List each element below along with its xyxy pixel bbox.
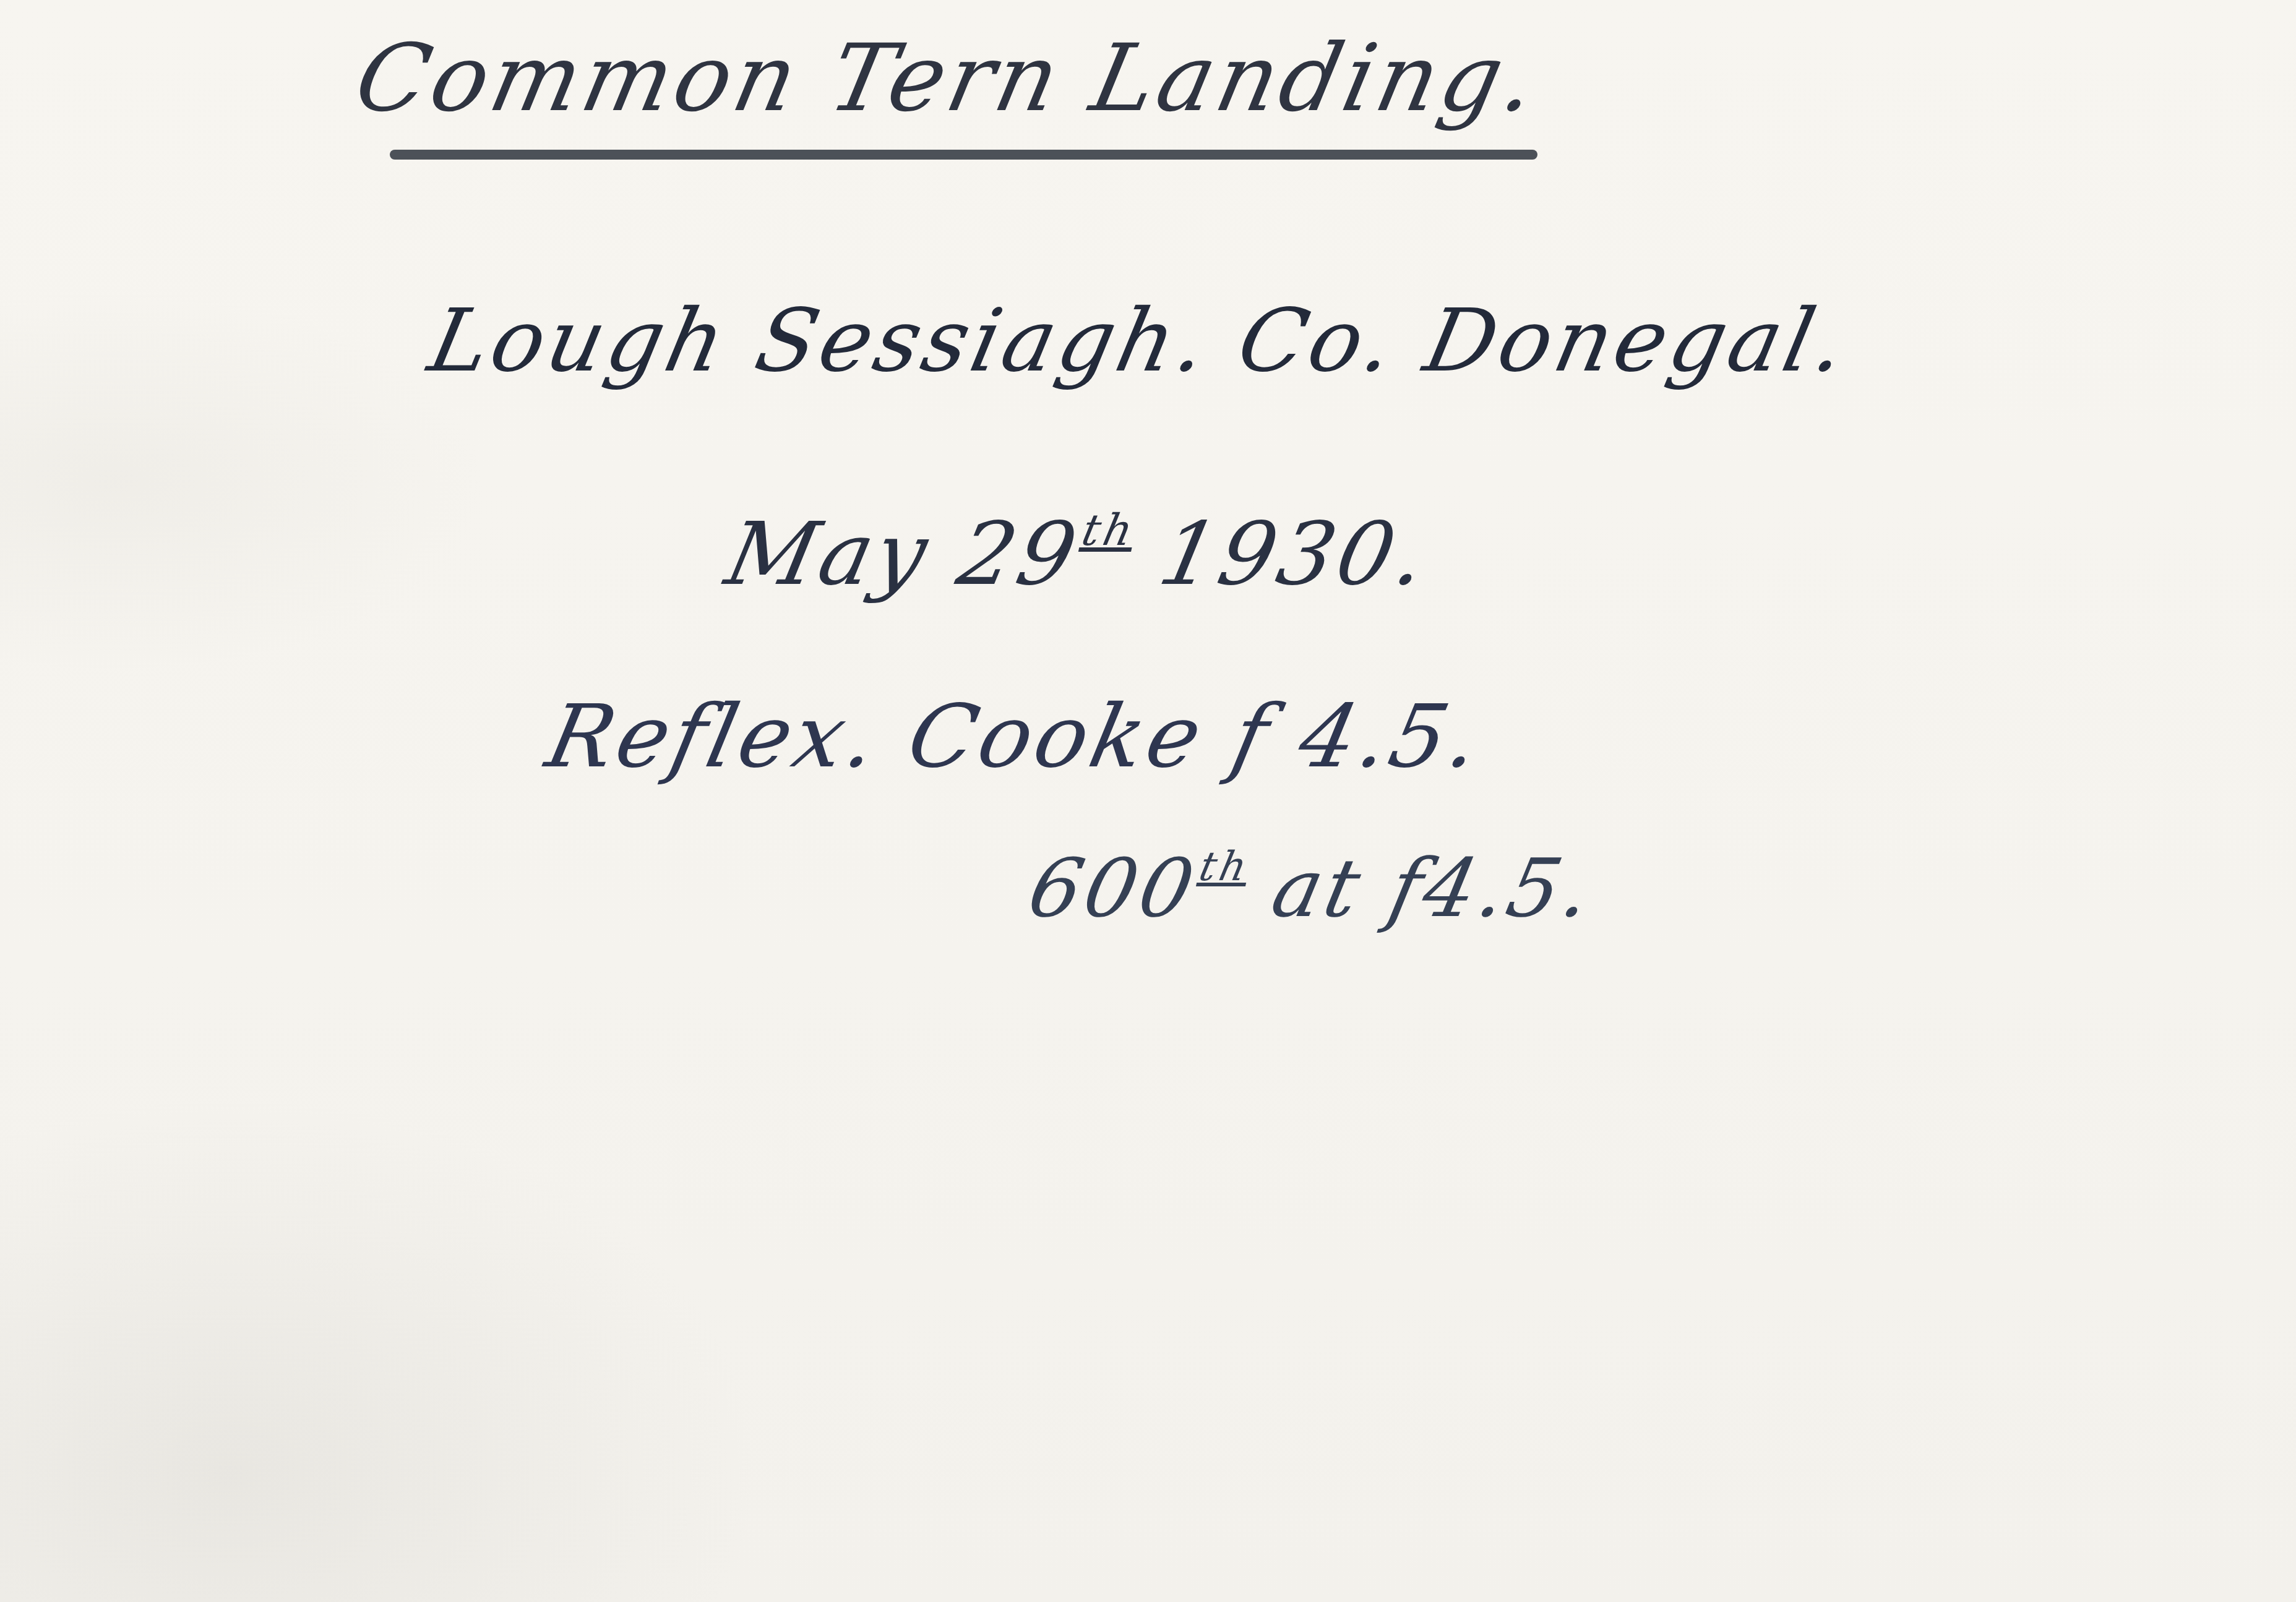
- date-month-day: May 29: [718, 504, 1088, 605]
- title-underline: [390, 150, 1537, 160]
- date-ordinal: th: [1078, 505, 1142, 555]
- date-line: May 29th 1930.: [718, 504, 1439, 605]
- location-line: Lough Sessiagh. Co. Donegal.: [421, 291, 1859, 392]
- aperture-text: at f4.5.: [1264, 841, 1603, 935]
- shutter-speed-suffix: th: [1195, 844, 1255, 890]
- card-title: Common Tern Landing.: [346, 25, 1549, 132]
- title-text: Common Tern Landing.: [346, 25, 1549, 132]
- date-year: 1930.: [1151, 504, 1438, 605]
- handwritten-photo-card: Common Tern Landing. Lough Sessiagh. Co.…: [0, 0, 2296, 1602]
- exposure-line: 600th at f4.5.: [1021, 841, 1603, 935]
- shutter-speed: 600: [1021, 841, 1205, 935]
- location-text: Lough Sessiagh. Co. Donegal.: [421, 291, 1859, 392]
- camera-line: Reflex. Cooke f 4.5.: [538, 687, 1492, 787]
- camera-text: Reflex. Cooke f 4.5.: [538, 687, 1492, 787]
